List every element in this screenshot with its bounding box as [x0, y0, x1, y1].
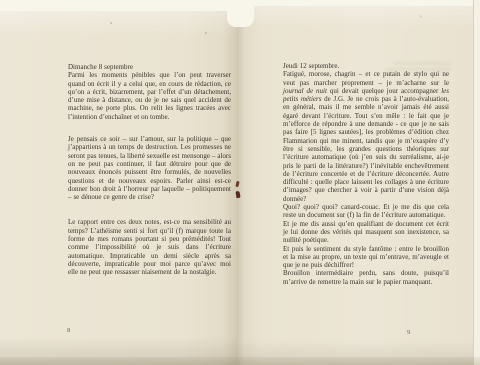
book-bottom-shadow: [0, 357, 480, 365]
paragraph: Brouillon intermédiaire perdu, sans dout…: [283, 269, 449, 286]
paragraph: Et je me dis aussi qu’en qualifiant de d…: [283, 220, 449, 245]
left-paragraphs: Parmi les moments pénibles que l’on peut…: [68, 71, 231, 276]
paper-speck: [205, 32, 207, 34]
page-edge-right: [473, 0, 480, 365]
paragraph: Quoi? quoi? quoi? canard-couac. Et je me…: [283, 203, 449, 220]
page-number-left: 8: [67, 327, 70, 334]
left-date-heading: Dimanche 8 septembre: [68, 63, 231, 71]
right-date-heading: Jeudi 12 septembre.: [283, 62, 449, 70]
paragraph: Le rapport entre ces deux notes, est-ce …: [68, 218, 231, 276]
page-gap-top: [227, 0, 254, 27]
paragraph: Parmi les moments pénibles que l’on peut…: [68, 71, 231, 121]
right-page-text: Jeudi 12 septembre. Fatigué, morose, cha…: [283, 62, 449, 286]
paragraph: Fatigué, morose, chagrin – et ce putain …: [283, 70, 449, 203]
left-page-text: Dimanche 8 septembre Parmi les moments p…: [68, 63, 231, 277]
page-number-right: 9: [407, 329, 410, 336]
paragraph: Et puis le sentiment du style fantôme : …: [283, 245, 449, 270]
paper-speck: [110, 22, 112, 24]
book-spread-scan: Dimanche 8 septembre Parmi les moments p…: [0, 0, 480, 365]
paragraph: Je pensais ce soir – sur l’amour, sur la…: [68, 135, 231, 201]
right-paragraphs: Fatigué, morose, chagrin – et ce putain …: [283, 70, 449, 286]
